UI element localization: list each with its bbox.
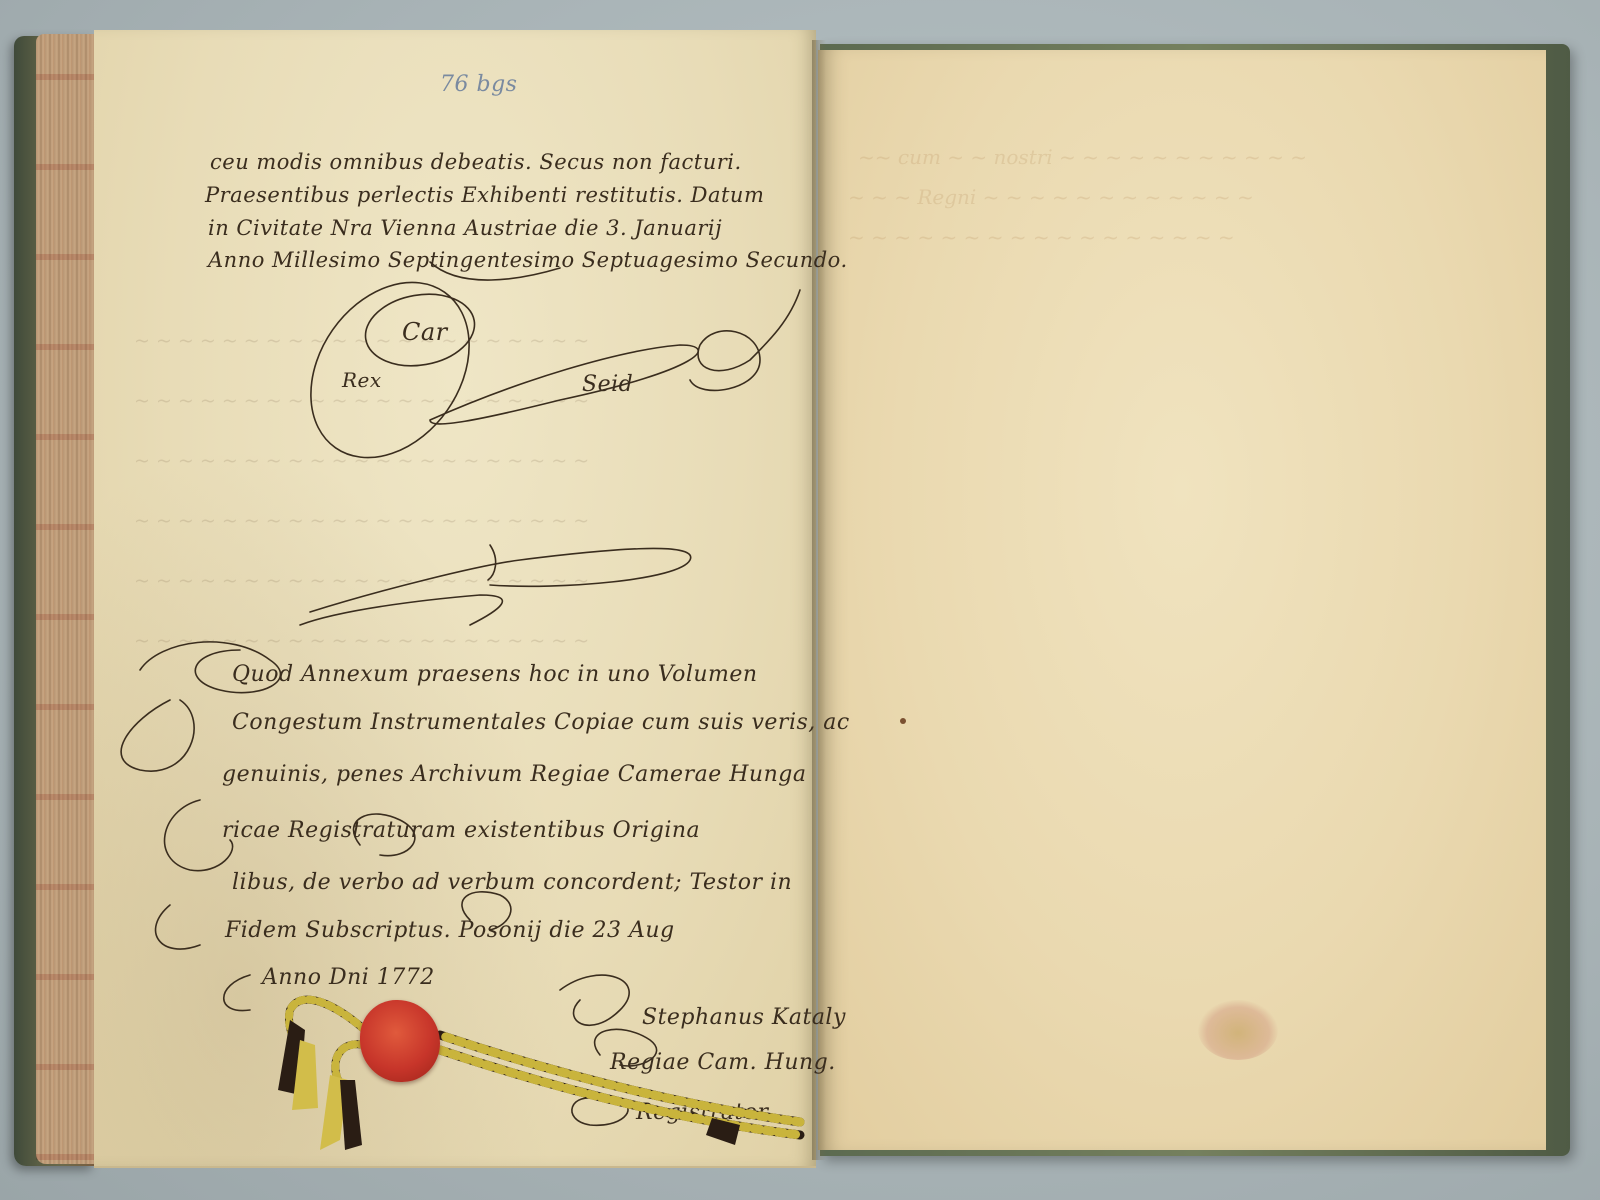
tassel [278,1020,740,1150]
braided-cord [0,0,1600,1200]
manuscript-photo: ~~ cum ~ ~ nostri ~ ~ ~ ~ ~ ~ ~ ~ ~ ~ ~ … [0,0,1600,1200]
red-wax-seal [360,1000,440,1082]
